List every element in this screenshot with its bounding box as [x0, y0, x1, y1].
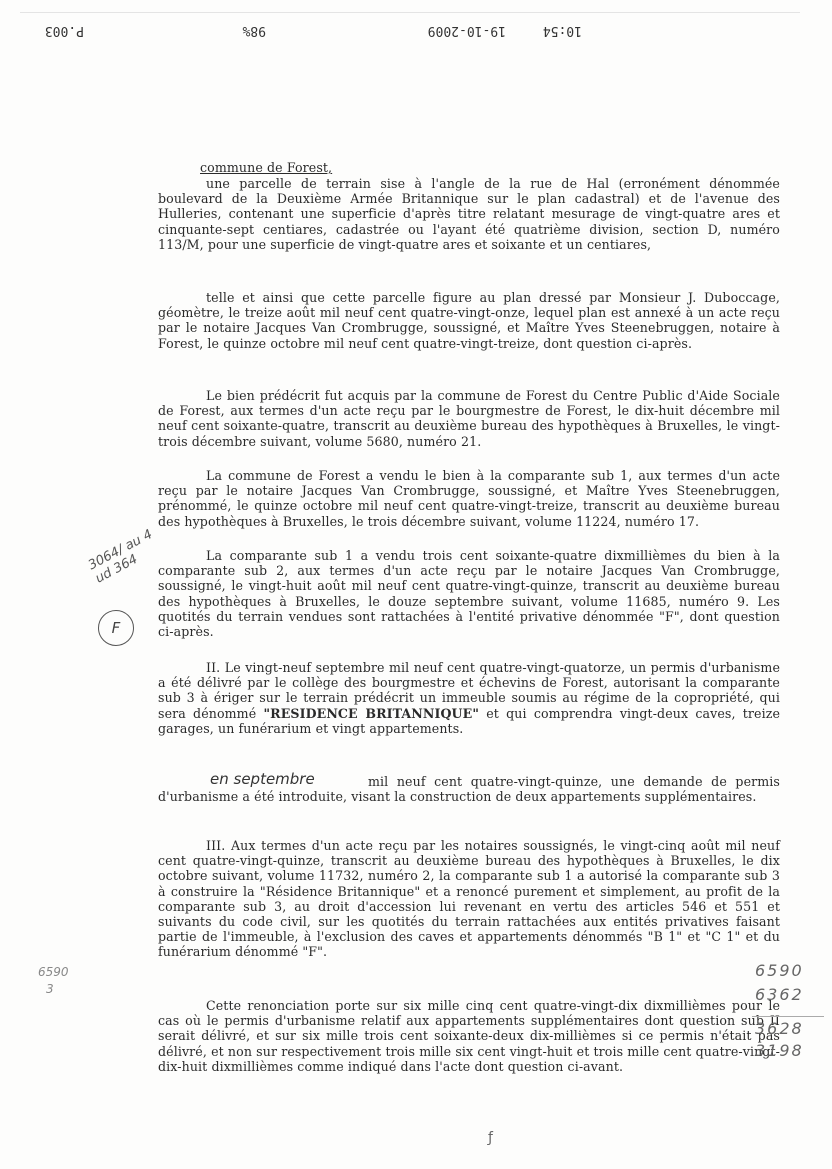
- fax-page-number: P.003: [45, 23, 84, 38]
- paragraph-acquisition: Le bien prédécrit fut acquis par la comm…: [158, 388, 780, 449]
- paragraph-parcel: une parcelle de terrain sise à l'angle d…: [158, 176, 780, 252]
- handwritten-left-number: 6590: [38, 965, 69, 979]
- fax-date: 19-10-2009: [428, 23, 506, 38]
- fax-scan-edge: [20, 12, 800, 13]
- paragraph-sale-sub2: La comparante sub 1 a vendu trois cent s…: [158, 548, 780, 639]
- page-footer-mark: ƒ: [488, 1130, 493, 1146]
- handwritten-left-number: 3: [46, 982, 54, 996]
- section-heading: commune de Forest,: [200, 160, 332, 175]
- handwritten-number: 6590: [755, 960, 804, 982]
- paragraph-sale-sub1: La commune de Forest a vendu le bien à l…: [158, 468, 780, 529]
- fax-time: 10:54: [543, 23, 582, 38]
- handwritten-rule: [752, 1016, 824, 1017]
- fax-header-upside-down: 19-10-2009 10:54 98% P.003: [0, 18, 832, 42]
- fax-percent: 98%: [243, 23, 266, 38]
- paragraph-permit-II: II. Le vingt-neuf septembre mil neuf cen…: [158, 660, 780, 736]
- document-page: 19-10-2009 10:54 98% P.003 commune de Fo…: [0, 0, 832, 1169]
- handwritten-circled-letter: F: [98, 610, 134, 646]
- paragraph-plan: telle et ainsi que cette parcelle figure…: [158, 290, 780, 351]
- paragraph-renunciation: Cette renonciation porte sur six mille c…: [158, 998, 780, 1074]
- handwritten-date-fill: en septembre: [210, 770, 315, 788]
- handwritten-number: 6362: [755, 984, 804, 1006]
- paragraph-III: III. Aux termes d'un acte reçu par les n…: [158, 838, 780, 960]
- handwritten-number: 3198: [755, 1040, 804, 1062]
- handwritten-number: 3628: [755, 1018, 804, 1040]
- residence-name: "RESIDENCE BRITANNIQUE": [263, 706, 479, 721]
